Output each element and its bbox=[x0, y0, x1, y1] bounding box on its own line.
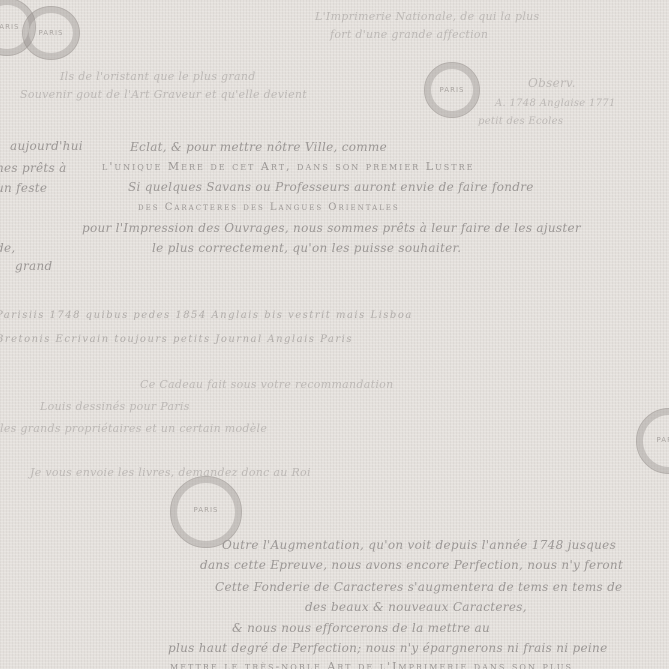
handwriting-line: Parisiis 1748 quibus pedes 1854 Anglais … bbox=[0, 310, 413, 321]
script-line: pour l'Impression des Ouvrages, nous som… bbox=[82, 221, 581, 235]
script-line: de, bbox=[0, 241, 16, 255]
script-line: Observ. bbox=[528, 76, 576, 90]
script-line: Ce Cadeau fait sous votre recommandation bbox=[140, 378, 393, 391]
script-line: grand bbox=[15, 259, 52, 273]
script-line: Cette Fonderie de Caracteres s'augmenter… bbox=[215, 580, 622, 594]
script-line: les grands propriétaires et un certain m… bbox=[0, 422, 267, 435]
handwriting-line: Bretonis Ecrivain toujours petits Journa… bbox=[0, 334, 353, 345]
script-line: l'unique Mere de cet Art, dans son premi… bbox=[102, 160, 474, 173]
script-line: nes prêts à bbox=[0, 161, 67, 175]
script-line: un feste bbox=[0, 181, 47, 195]
script-line: aujourd'hui bbox=[10, 139, 83, 153]
script-line: le plus correctement, qu'on les puisse s… bbox=[152, 241, 461, 255]
script-line: mettre le très-noble Art de l'Imprimerie… bbox=[170, 660, 573, 669]
script-line: Si quelques Savans ou Professeurs auront… bbox=[128, 180, 534, 194]
script-line: Eclat, & pour mettre nôtre Ville, comme bbox=[130, 140, 387, 154]
script-line: des Caracteres des Langues Orientales bbox=[138, 202, 400, 213]
script-line: Je vous envoie les livres, demandez donc… bbox=[30, 466, 311, 479]
postmark-stamp: PARIS bbox=[22, 6, 80, 60]
script-line: & nous nous efforcerons de la mettre au bbox=[232, 621, 490, 635]
postmark-stamp: PARIS bbox=[424, 62, 480, 118]
script-line: Outre l'Augmentation, qu'on voit depuis … bbox=[222, 538, 616, 552]
script-line: A. 1748 Anglaise 1771 bbox=[495, 98, 616, 109]
script-line: Souvenir gout de l'Art Graveur et qu'ell… bbox=[20, 88, 307, 101]
script-line: fort d'une grande affection bbox=[330, 28, 488, 41]
script-line: L'Imprimerie Nationale, de qui la plus bbox=[315, 10, 540, 23]
script-line: dans cette Epreuve, nous avons encore Pe… bbox=[200, 558, 623, 572]
script-line: Louis dessinés pour Paris bbox=[40, 400, 190, 413]
script-line: Ils de l'oristant que le plus grand bbox=[60, 70, 256, 83]
script-line: des beaux & nouveaux Caracteres, bbox=[305, 600, 527, 614]
script-line: plus haut degré de Perfection; nous n'y … bbox=[168, 641, 607, 655]
postmark-stamp: PARIS bbox=[636, 408, 669, 474]
linen-script-wallpaper: PARIS PARIS PARIS PARIS PARIS Ils de l'o… bbox=[0, 0, 669, 669]
script-line: petit des Ecoles bbox=[478, 116, 563, 127]
